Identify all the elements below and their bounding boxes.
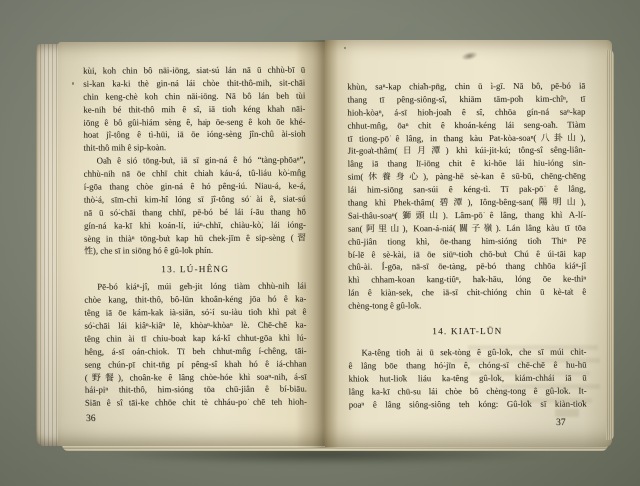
text-line: Pē-bó kiáⁿ-jî, múi ge̍h-jit lóng tiàm ch…: [84, 280, 306, 294]
text-line: Siān ê sî tāi-ke chhōe chit tè chháu-po͘…: [85, 396, 307, 410]
text-line: chū-jiân tiong khì, ōe-thang him-sióng t…: [348, 234, 586, 248]
text-line: 性), che sī in siōng hó ê gû-lo̍k phín.: [84, 244, 306, 258]
text-line: chin keng-chè koh chin nāi-iōng. Nā bô l…: [83, 89, 305, 103]
paragraph: Pē-bó kiáⁿ-jî, múi ge̍h-jit lóng tiàm ch…: [84, 280, 307, 410]
left-page-text: kùi, koh chin bô nāi-iōng, siat-sú lán n…: [83, 63, 307, 409]
text-line: khùn, saⁿ-kap chia̍h-pn̄g, chin ū ì-gī. …: [347, 79, 585, 93]
text-line: lái him-siōng san-súi ê kéng-tì. Tī pak-…: [348, 183, 586, 197]
text-line: hoat jî-tông ê tì-hūi, iā ōe ióng-sèng j…: [83, 128, 305, 142]
text-line: si-kan ka-ki thè gin-ná lái chòe thit-th…: [83, 76, 305, 90]
text-line: têng chin ài tī chiu-boa̍t kap ká-kî chh…: [85, 331, 307, 345]
text-line: í-gōa thang chòe gin-ná ê hó pêng-iú. Ni…: [84, 179, 306, 193]
show-through-ghost-line: [500, 384, 600, 389]
photo-of-open-book: { "photo": { "background_color": "#7b807…: [0, 0, 640, 486]
text-line: lán ê kiàn-sek, che iā-sī chit-chióng ch…: [348, 286, 586, 300]
text-line: chòe kang, thit-thô, bô-lūn khoân-kéng j…: [84, 293, 306, 307]
section-heading: 13. LÚ-HÊNG: [84, 263, 306, 277]
show-through-ghost-number: [555, 409, 579, 417]
text-line: Oa̍h ê sió tōng-bu̍t, iā sī gin-ná ê hó …: [84, 154, 306, 168]
show-through-ghost-line: [452, 358, 600, 363]
text-line: chèng-tong ê gû-lo̍k.: [348, 299, 586, 313]
text-line: gín-ná ka-kī khì koán-lí, iúⁿ-chhī, chià…: [84, 218, 306, 232]
text-line: hêng, á-sī oán-chiok. Tī beh chhut-mn̂g …: [85, 344, 307, 358]
text-line: tī tiong-pō͘ ê lâng, in thang kàu Pat-kò…: [348, 131, 586, 145]
text-line: hái-piⁿ thit-thô, him-sióng tōa chū-jiân…: [85, 383, 307, 397]
open-book: kùi, koh chin bô nāi-iōng, siat-sú lán n…: [0, 0, 640, 486]
text-line: chû-ài. Í-gōa, nā-sī ōe-tàng, pē-bó than…: [348, 260, 586, 274]
text-line: sim(休養身心), pàng-hē sè-kan ê sū-bū, chēng…: [348, 170, 586, 184]
paragraph: Oa̍h ê sió tōng-bu̍t, iā sī gin-ná ê hó …: [84, 154, 307, 258]
text-line: iōng ê bô gûi-hiám sèng ê, ha̍p ōe-seng …: [83, 115, 305, 129]
page-number-right: 37: [556, 417, 566, 428]
text-line: san(阿里山), Koan-á-niá(關子嶺). Lán lâng kàu …: [348, 221, 586, 235]
show-through-ghost-line: [468, 345, 598, 350]
show-through-ghost-line: [520, 398, 592, 403]
paragraph: khùn, saⁿ-kap chia̍h-pn̄g, chin ū ì-gī. …: [347, 79, 586, 312]
text-line: bí-lē ê sè-kài, iā ōe siūⁿ-tio̍h chō-bu̍…: [348, 247, 586, 261]
text-line: kùi, koh chin bô nāi-iōng, siat-sú lán n…: [83, 63, 305, 77]
text-line: só͘-chāi lái kiâⁿ-kiâⁿ lè, khòaⁿ-khòaⁿ l…: [84, 318, 306, 332]
text-line: Sai-thâu-soaⁿ(獅頭山). Lâm-pō͘ ê lâng, than…: [348, 208, 586, 222]
text-line: thit-thô mih ê sip-koàn.: [84, 141, 306, 155]
text-line: Jit-goa̍t-thâm(日月潭) khì kúi-jit-kú; tông…: [348, 144, 586, 158]
text-line: thang khì Phek-thâm(碧潭), Iông-bêng-san(陽…: [348, 195, 586, 209]
show-through-ghost-line: [470, 371, 590, 376]
text-line: thò͘-á, sīm-chì kim-hî lóng sī jî-tông s…: [84, 192, 306, 206]
paragraph: kùi, koh chin bô nāi-iōng, siat-sú lán n…: [83, 63, 305, 154]
text-line: hioh-kòaⁿ, á-sī hioh-joa̍h ê sî, chhōa g…: [347, 105, 585, 119]
section-heading: 14. KIAT-LŪN: [348, 325, 586, 339]
text-line: têng iā ōe kám-kak ià-siān, só͘-í su-iàu…: [84, 306, 306, 320]
text-line: chhut-mn̂g, ōaⁿ chit ê khoán-kéng lái se…: [347, 118, 585, 132]
text-line: (野餐), choân-ke ê lâng chòe-hóe khì soaⁿ-…: [85, 370, 307, 384]
text-line: nā ū só͘-chāi thang chhī, pē-bó bé lái í…: [84, 205, 306, 219]
text-line: seng chún-pī chit-tn̄g pí pêng-sî khah h…: [85, 357, 307, 371]
page-number-left: 36: [86, 413, 96, 424]
text-line: thang tī pêng-siông-sî, khiām tām-po̍h k…: [347, 92, 585, 106]
text-line: lâng iā thang lī-iōng chit ê ki-hōe lái …: [348, 157, 586, 171]
text-line: khì chham-koan kang-tiûⁿ, ha̍k-hāu, lóng…: [348, 273, 586, 287]
paper-speck: [344, 47, 346, 49]
right-fore-edge: [606, 50, 614, 440]
text-line: ke-nih bé thit-thô mih ê sî, iā tio̍h ké…: [83, 102, 305, 116]
text-line: chhù-nih nā ōe chhī chit chiah káu-á, tû…: [84, 167, 306, 181]
text-line: sèng in thiàⁿ tōng-bu̍t kap hū chek-jīm …: [84, 231, 306, 245]
paper-speck: [72, 82, 74, 85]
